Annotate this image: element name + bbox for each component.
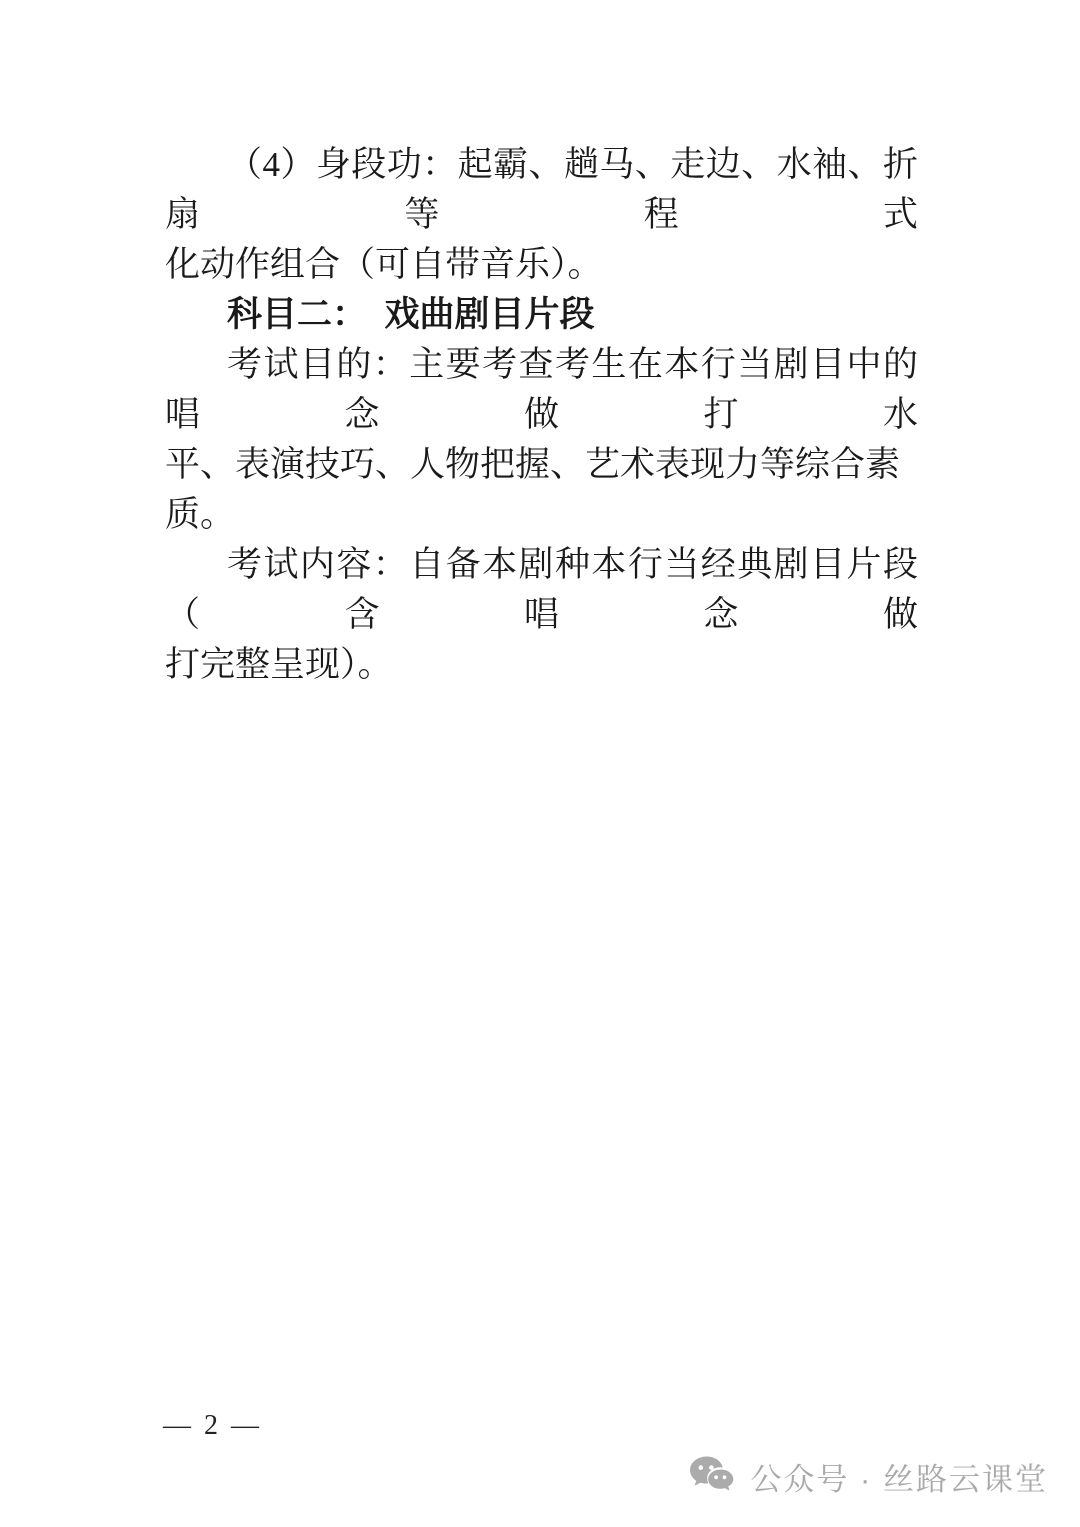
document-page: （4）身段功：起霸、趟马、走边、水袖、折扇等程式 化动作组合（可自带音乐）。 科…	[0, 0, 1080, 1527]
watermark: 公众号 · 丝路云课堂	[688, 1454, 1048, 1499]
paragraph-line: 考试内容：自备本剧种本行当经典剧目片段（含唱念做	[165, 540, 918, 640]
paragraph-line: 化动作组合（可自带音乐）。	[165, 240, 918, 290]
watermark-text: 公众号 · 丝路云课堂	[750, 1454, 1048, 1499]
paragraph-line: 平、表演技巧、人物把握、艺术表现力等综合素质。	[165, 440, 918, 540]
section-heading: 科目二： 戏曲剧目片段	[165, 290, 918, 340]
paragraph-line: （4）身段功：起霸、趟马、走边、水袖、折扇等程式	[165, 140, 918, 240]
paragraph-line: 打完整呈现）。	[165, 640, 918, 690]
wechat-icon	[688, 1455, 738, 1499]
page-number: — 2 —	[163, 1410, 262, 1442]
document-body: （4）身段功：起霸、趟马、走边、水袖、折扇等程式 化动作组合（可自带音乐）。 科…	[165, 140, 918, 690]
paragraph-line: 考试目的：主要考查考生在本行当剧目中的唱念做打水	[165, 340, 918, 440]
